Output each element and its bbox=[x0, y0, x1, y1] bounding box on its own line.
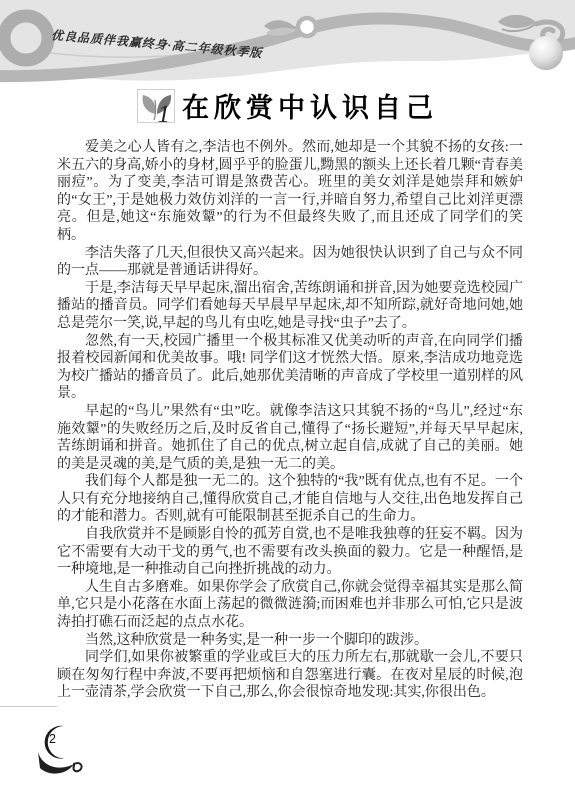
sphere-decoration bbox=[529, 36, 563, 70]
header-decoration: 优良品质伴我赢终身·高二年级秋季版 bbox=[0, 0, 575, 100]
article-paragraph: 于是,李洁每天早早起床,溜出宿舍,苦练朗诵和拼音,因为她要竞选校园广播站的播音员… bbox=[57, 280, 523, 333]
page-footer: 2 bbox=[30, 714, 90, 780]
header-wave-graphic bbox=[0, 0, 575, 100]
article-paragraph: 当然,这种欣赏是一种务实,是一种一步一个脚印的跋涉。 bbox=[57, 632, 523, 650]
moon-flourish-icon bbox=[30, 714, 90, 780]
lesson-number: 1 bbox=[158, 102, 171, 127]
article-paragraph: 李洁失落了几天,但很快又高兴起来。因为她很快认识到了自己与众不同的一点——那就是… bbox=[57, 245, 523, 280]
article-paragraph: 早起的“鸟儿”果然有“虫”吃。就像李洁这只其貌不扬的“鸟儿”,经过“东施效颦”的… bbox=[57, 403, 523, 473]
article-paragraph: 同学们,如果你被繁重的学业或巨大的压力所左右,那就歇一会儿,不要只顾在匆匆行程中… bbox=[57, 649, 523, 702]
article-paragraph: 我们每个人都是独一无二的。这个独特的“我”既有优点,也有不足。一个人只有充分地接… bbox=[57, 473, 523, 526]
margin-rule bbox=[0, 706, 57, 707]
article-paragraph: 自我欣赏并不是顾影自怜的孤芳自赏,也不是唯我独尊的狂妄不羁。因为它不需要有大动干… bbox=[57, 526, 523, 579]
article-paragraph: 人生自古多磨难。如果你学会了欣赏自己,你就会觉得幸福其实是那么简单,它只是小花落… bbox=[57, 579, 523, 632]
page-number: 2 bbox=[49, 732, 56, 746]
lesson-title: 在欣赏中认识自己 bbox=[182, 86, 438, 125]
lesson-title-row: 1 在欣赏中认识自己 bbox=[0, 86, 575, 125]
article-paragraph: 忽然,有一天,校园广播里一个极其标准又优美动听的声音,在向同学们播报着校园新闻和… bbox=[57, 333, 523, 403]
article-paragraph: 爱美之心人皆有之,李洁也不例外。然而,她却是一个其貌不扬的女孩:一米五六的身高,… bbox=[57, 139, 523, 245]
article-body: 爱美之心人皆有之,李洁也不例外。然而,她却是一个其貌不扬的女孩:一米五六的身高,… bbox=[57, 139, 523, 702]
leaf-number-icon: 1 bbox=[137, 89, 175, 123]
page: 优良品质伴我赢终身·高二年级秋季版 1 在欣赏中认识自己 爱美之心人皆有之,李洁… bbox=[0, 0, 575, 801]
circle-decoration bbox=[298, 18, 316, 36]
